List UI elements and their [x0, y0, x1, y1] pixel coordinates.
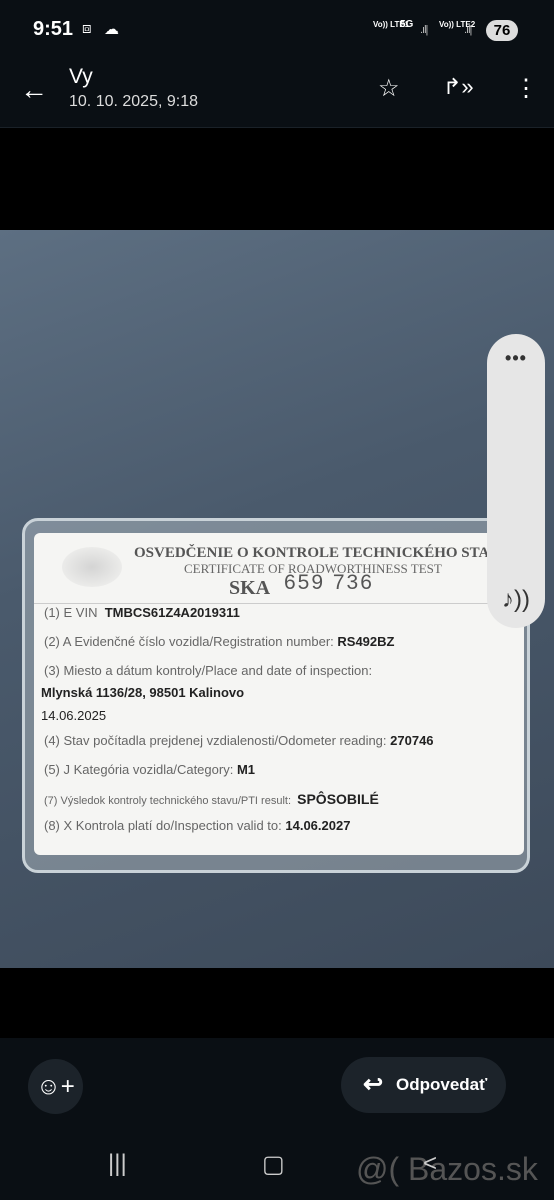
cert-row-odometer: (4) Stav počítadla prejdenej vzdialenost…: [44, 733, 434, 748]
emoji-add-icon: ☺+: [36, 1073, 75, 1100]
seal-emblem: [62, 547, 122, 587]
network-type: 5G: [400, 20, 413, 29]
forward-icon[interactable]: ↱»: [443, 74, 474, 100]
certificate-title-sk: OSVEDČENIE O KONTROLE TECHNICKÉHO STAVU …: [134, 545, 524, 562]
certificate-number: 659 736: [284, 571, 374, 595]
star-icon[interactable]: ☆: [378, 74, 400, 103]
screenshot-icon: ⧈: [82, 20, 92, 37]
watermark: @( Bazos.sk: [356, 1151, 538, 1188]
signal-icon: .ıl|: [464, 24, 471, 36]
divider: [34, 603, 524, 604]
message-timestamp: 10. 10. 2025, 9:18: [69, 93, 198, 111]
certificate-card-sleeve: OSVEDČENIE O KONTROLE TECHNICKÉHO STAVU …: [22, 518, 530, 873]
music-sound-icon[interactable]: ♪)): [487, 586, 545, 614]
signal-icon: .ıl|: [420, 24, 427, 36]
recents-button[interactable]: |||: [108, 1150, 127, 1178]
reply-arrow-icon: ↩: [363, 1057, 383, 1113]
sender-name: Vy: [69, 65, 93, 89]
back-arrow-icon[interactable]: ←: [20, 74, 48, 106]
edge-panel[interactable]: ••• ♪)): [487, 334, 545, 628]
roadworthiness-certificate: OSVEDČENIE O KONTROLE TECHNICKÉHO STAVU …: [34, 533, 524, 855]
cert-row-inspection-date: 14.06.2025: [41, 708, 106, 723]
home-button[interactable]: ▢: [262, 1150, 285, 1179]
cert-row-registration: (2) A Evidenčné číslo vozidla/Registrati…: [44, 634, 394, 649]
cert-row-place-date: (3) Miesto a dátum kontroly/Place and da…: [44, 663, 372, 678]
add-reaction-button[interactable]: ☺+: [28, 1059, 83, 1114]
clock: 9:51: [33, 18, 73, 41]
bottom-bar: ☺+ ↩ Odpovedať ||| ▢ @( Bazos.sk <: [0, 1038, 554, 1200]
cert-row-address: Mlynská 1136/28, 98501 Kalinovo: [41, 685, 244, 700]
certificate-series: SKA: [229, 577, 270, 600]
cert-row-category: (5) J Kategória vozidla/Category: M1: [44, 762, 255, 777]
cert-row-valid-to: (8) X Kontrola platí do/Inspection valid…: [44, 818, 350, 833]
weather-cloud-sun-icon: ☁: [104, 20, 119, 38]
system-back-button[interactable]: <: [423, 1150, 437, 1178]
reply-label: Odpovedať: [396, 1075, 487, 1094]
more-options-icon[interactable]: ⋮: [514, 74, 538, 103]
more-dots-icon[interactable]: •••: [487, 348, 545, 369]
attached-photo[interactable]: OSVEDČENIE O KONTROLE TECHNICKÉHO STAVU …: [0, 230, 554, 968]
status-bar: 9:51 ⧈ ☁ Vo)) LTE1 5G .ıl| Vo)) LTE2 .ıl…: [0, 0, 554, 60]
battery-indicator: 76: [486, 20, 518, 41]
cert-row-pti-result: (7) Výsledok kontroly technického stavu/…: [44, 791, 379, 807]
message-header: ← Vy 10. 10. 2025, 9:18 ☆ ↱» ⋮: [0, 60, 554, 128]
reply-button[interactable]: ↩ Odpovedať: [341, 1057, 506, 1113]
cert-row-vin: (1) E VIN TMBCS61Z4A2019311: [44, 605, 240, 620]
